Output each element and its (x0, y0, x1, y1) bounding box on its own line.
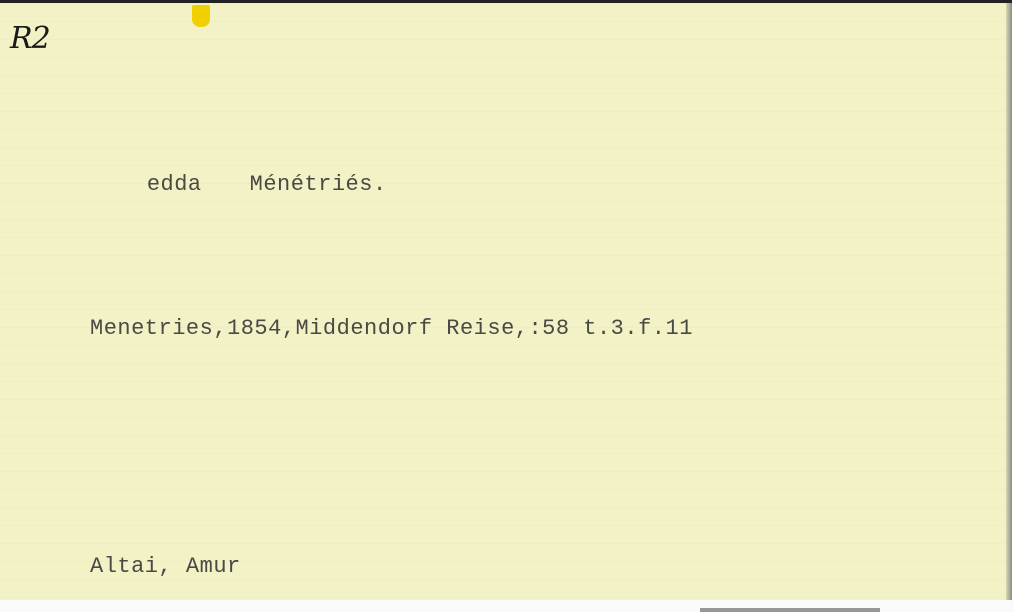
index-card: R2 eddaMénétriés. Menetries,1854,Middend… (0, 0, 1012, 600)
bottom-shadow (700, 608, 880, 612)
yellow-marker-tab (192, 5, 210, 27)
locality: Altai, Amur (90, 554, 241, 579)
handwritten-label: R2 (10, 21, 50, 56)
card-edge-shadow (1006, 3, 1012, 603)
species-author: Ménétriés. (250, 172, 387, 197)
bibliographic-reference: Menetries,1854,Middendorf Reise,:58 t.3.… (90, 316, 693, 341)
species-epithet: edda (147, 172, 202, 197)
species-title: eddaMénétriés. (92, 147, 387, 222)
